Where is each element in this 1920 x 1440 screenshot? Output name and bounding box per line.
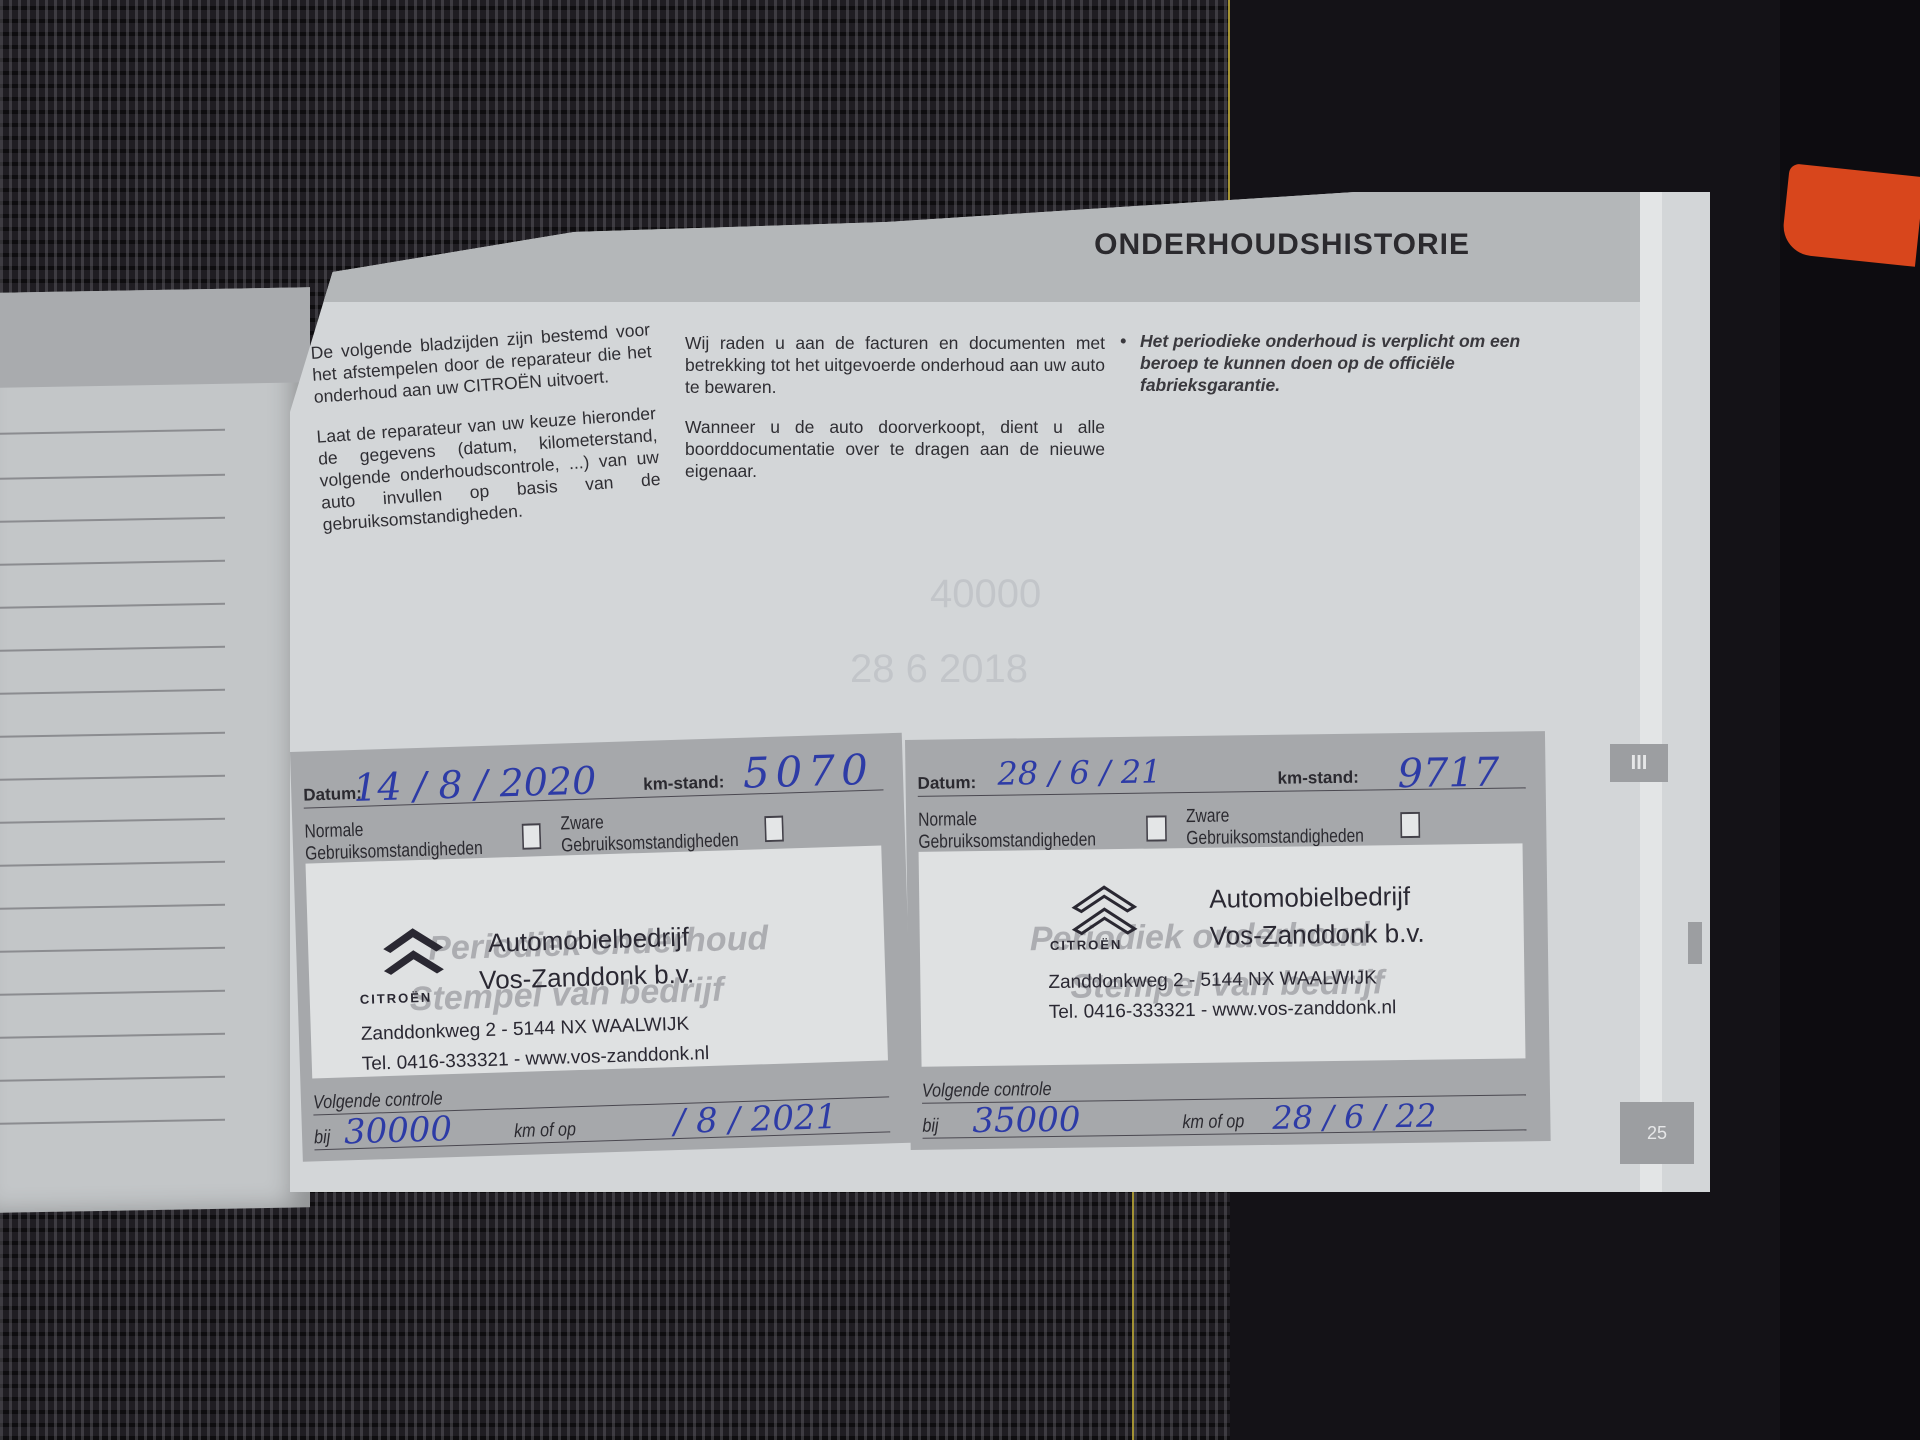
citroen-chevron-icon <box>377 919 449 981</box>
citroen-wordmark: CITROËN <box>360 990 433 1007</box>
dealer-name-line1: Automobielbedrijf <box>1209 881 1424 915</box>
page-number: 25 <box>1620 1102 1694 1164</box>
heavy-usage-checkbox[interactable] <box>764 816 784 843</box>
section-tab[interactable]: III <box>1610 744 1668 782</box>
maintenance-history-page: ONDERHOUDSHISTORIE De volgende bladzijde… <box>290 192 1710 1192</box>
km-of-op-label: km of op <box>514 1119 577 1143</box>
dealer-stamp: Automobielbedrijf Vos-Zanddonk b.v. <box>488 921 695 995</box>
bij-label: bij <box>314 1127 331 1149</box>
intro-column-1: De volgende bladzijden zijn bestemd voor… <box>310 318 664 553</box>
normal-usage-checkbox[interactable] <box>1146 815 1166 841</box>
date-km-row: Datum: 14 / 8 / 2020 km-stand: 5070 <box>303 755 884 808</box>
dealer-stamp: Automobielbedrijf Vos-Zanddonk b.v. <box>1209 881 1425 952</box>
km-stand-value[interactable]: 5070 <box>742 745 874 798</box>
km-stand-value[interactable]: 9717 <box>1397 750 1499 797</box>
next-service-km[interactable]: 35000 <box>972 1100 1081 1142</box>
bullet-icon: • <box>1120 330 1126 352</box>
km-stand-label: km-stand: <box>643 772 725 795</box>
next-service-km-row: bij 35000 km of op 28 / 6 / 22 <box>922 1099 1526 1138</box>
ruled-line <box>0 1076 225 1082</box>
normal-usage-checkbox[interactable] <box>522 823 542 850</box>
dealer-contact: Zanddonkweg 2 - 5144 NX WAALWIJK Tel. 04… <box>361 1013 710 1076</box>
left-page <box>0 287 310 1212</box>
bij-label: bij <box>922 1116 938 1138</box>
dealer-phone: Tel. 0416-333321 - www.vos-zanddonk.nl <box>362 1043 710 1076</box>
warranty-note: Het periodieke onderhoud is verplicht om… <box>1140 331 1520 395</box>
ruled-line <box>0 818 225 824</box>
intro-paragraph: Laat de reparateur van uw keuze hieronde… <box>316 402 663 535</box>
thumb-index-tab <box>1688 922 1702 964</box>
ruled-line <box>0 990 225 996</box>
dealer-name-line1: Automobielbedrijf <box>488 921 694 958</box>
km-of-op-label: km of op <box>1182 1111 1244 1134</box>
intro-column-3: • Het periodieke onderhoud is verplicht … <box>1140 330 1560 396</box>
service-date[interactable]: 28 / 6 / 21 <box>997 752 1162 792</box>
service-entry-2: Datum: 28 / 6 / 21 km-stand: 9717 Normal… <box>905 731 1551 1150</box>
ruled-line <box>0 861 225 867</box>
heavy-usage-label: Zware Gebruiksomstandigheden <box>1186 803 1394 850</box>
next-service-km[interactable]: 30000 <box>343 1109 452 1152</box>
left-page-header-band <box>0 287 310 387</box>
seat-stitching-lower <box>1132 1180 1134 1440</box>
ruled-line <box>0 603 225 609</box>
ruled-line <box>0 904 225 910</box>
next-service-label: Volgende controle <box>922 1079 1052 1103</box>
service-date[interactable]: 14 / 8 / 2020 <box>352 758 596 810</box>
ruled-line <box>0 689 225 695</box>
seat-stitching <box>1228 0 1230 200</box>
intro-column-2: Wij raden u aan de facturen en documente… <box>685 332 1105 500</box>
citroen-wordmark: CITROËN <box>1050 937 1123 953</box>
dealer-name-line2: Vos-Zanddonk b.v. <box>1210 918 1425 952</box>
ruled-line <box>0 646 225 652</box>
next-service-date[interactable]: / 8 / 2021 <box>673 1097 838 1142</box>
normal-usage-label: Normale Gebruiksomstandigheden <box>918 807 1140 854</box>
ruled-line <box>0 1119 225 1125</box>
page-edge <box>1640 192 1662 1192</box>
heavy-usage-checkbox[interactable] <box>1400 812 1420 838</box>
dealer-phone: Tel. 0416-333321 - www.vos-zanddonk.nl <box>1049 997 1397 1024</box>
ruled-line <box>0 775 225 781</box>
service-entry-1: Datum: 14 / 8 / 2020 km-stand: 5070 Norm… <box>290 733 915 1162</box>
ghost-imprint: 40000 <box>930 572 1041 617</box>
dealer-contact: Zanddonkweg 2 - 5144 NX WAALWIJK Tel. 04… <box>1048 967 1396 1024</box>
citroen-chevron-icon <box>1069 879 1140 940</box>
next-service-date[interactable]: 28 / 6 / 22 <box>1272 1097 1437 1137</box>
page-title: ONDERHOUDSHISTORIE <box>1094 228 1470 262</box>
dealer-stamp-area: Periodiek onderhoud Stempel van bedrijf … <box>919 843 1526 1066</box>
ruled-line <box>0 1033 225 1039</box>
ruled-line <box>0 732 225 738</box>
orange-seat-trim <box>1781 163 1920 267</box>
ruled-line <box>0 517 225 523</box>
intro-paragraph: Wij raden u aan de facturen en documente… <box>685 332 1105 398</box>
dealer-stamp-area: Periodiek onderhoud Stempel van bedrijf … <box>306 845 888 1078</box>
ruled-line <box>0 429 225 435</box>
ruled-line <box>0 947 225 953</box>
ruled-line <box>0 474 225 480</box>
dealer-address: Zanddonkweg 2 - 5144 NX WAALWIJK <box>1048 967 1396 994</box>
km-stand-label: km-stand: <box>1277 768 1359 789</box>
date-km-row: Datum: 28 / 6 / 21 km-stand: 9717 <box>917 753 1525 796</box>
datum-label: Datum: <box>917 773 976 794</box>
intro-paragraph: De volgende bladzijden zijn bestemd voor… <box>310 318 654 408</box>
ghost-imprint: 28 6 2018 <box>850 647 1028 692</box>
ruled-line <box>0 560 225 566</box>
intro-paragraph: Wanneer u de auto doorverkoopt, dient u … <box>685 416 1105 482</box>
